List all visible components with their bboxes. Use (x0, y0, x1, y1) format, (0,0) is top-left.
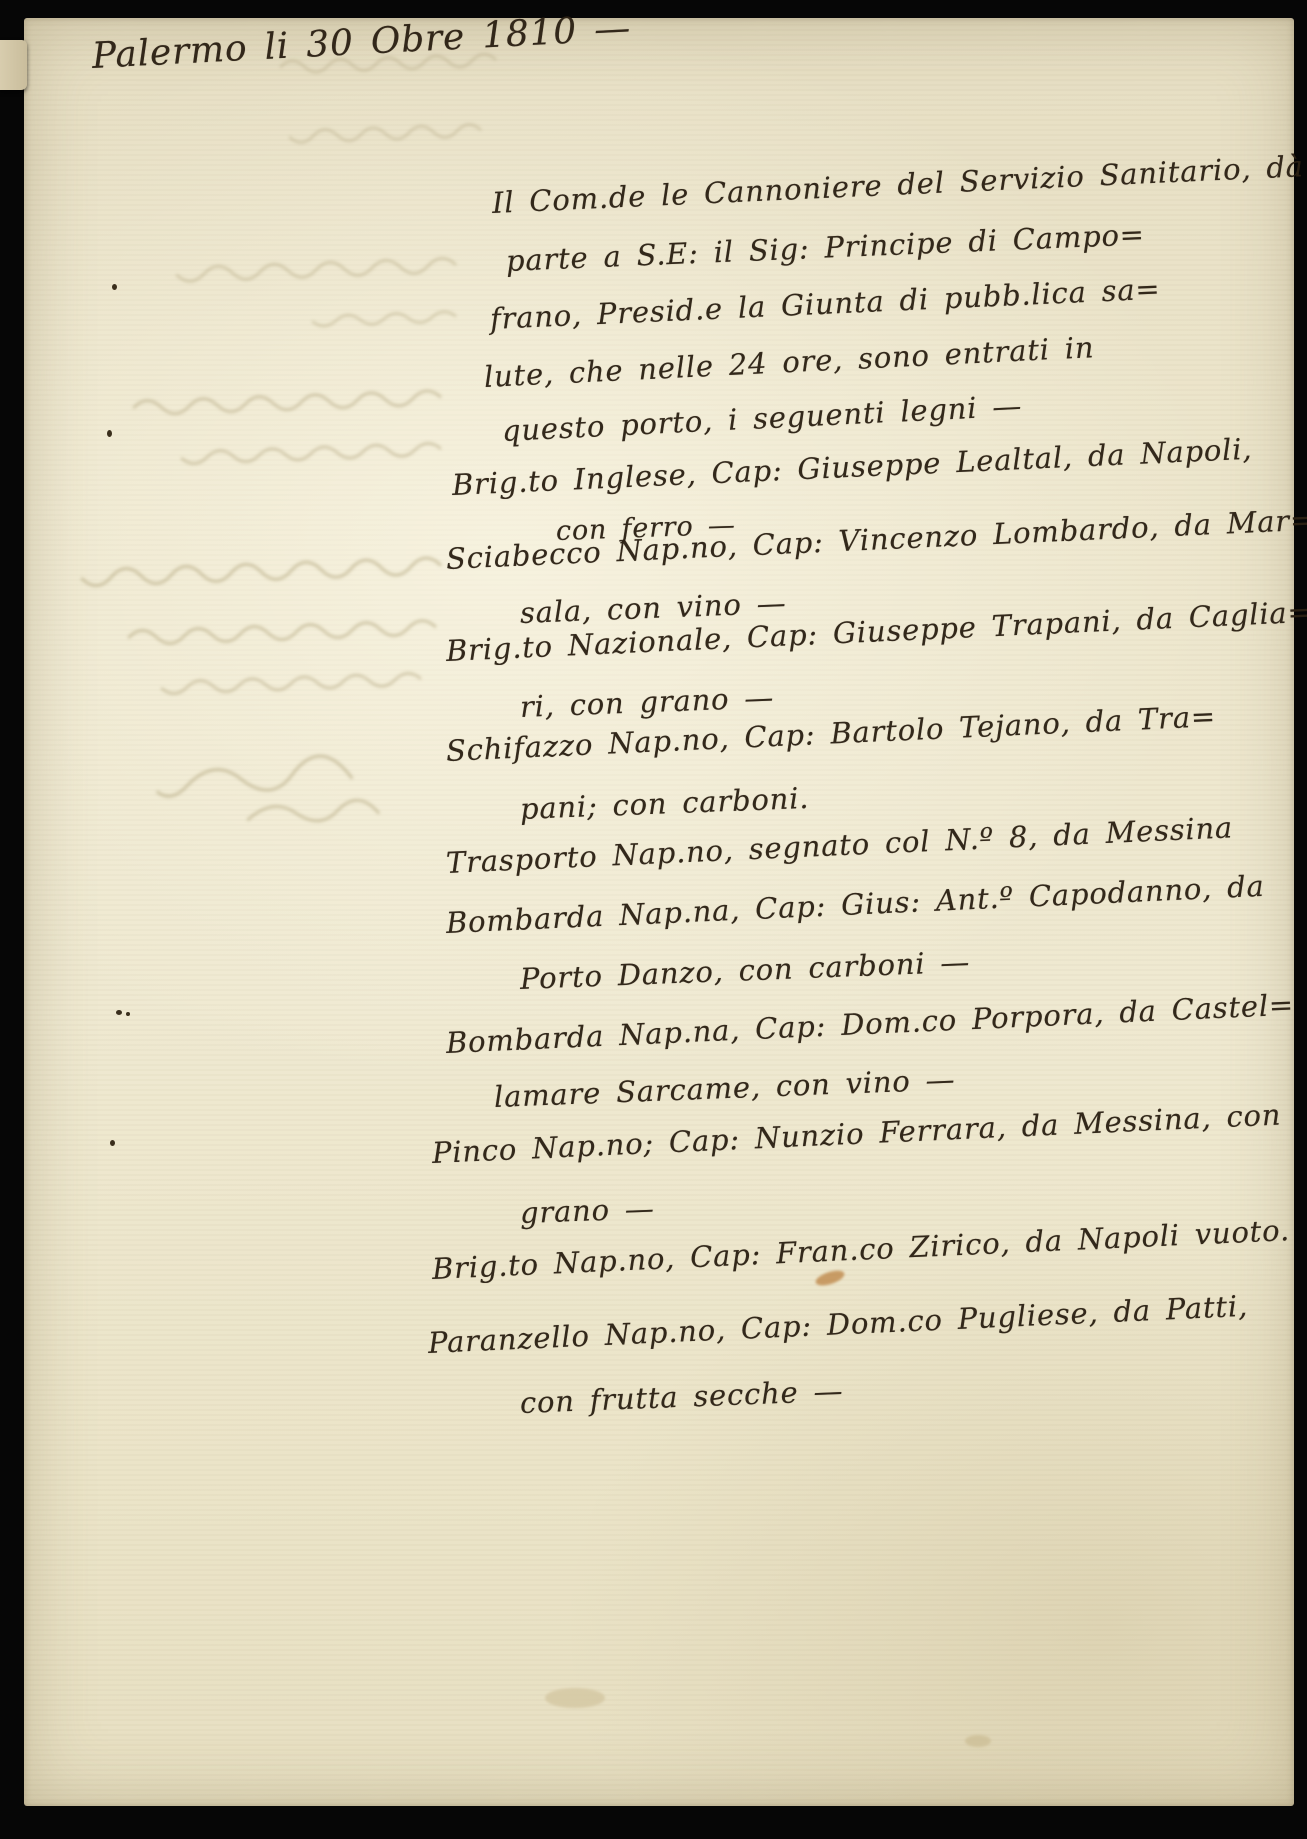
scanned-manuscript-page: { "page": { "kind": "scanned handwritten… (0, 0, 1307, 1839)
ink-speck (126, 1012, 130, 1016)
bleedthrough-mark (234, 787, 385, 832)
faint-stain (545, 1688, 605, 1708)
ink-speck (110, 1140, 115, 1146)
ink-speck (107, 430, 112, 437)
manuscript-line: grano — (519, 1191, 655, 1230)
ink-speck (112, 284, 117, 290)
faint-stain (965, 1735, 991, 1747)
ink-speck (116, 1010, 122, 1015)
torn-edge-tab (0, 40, 27, 90)
